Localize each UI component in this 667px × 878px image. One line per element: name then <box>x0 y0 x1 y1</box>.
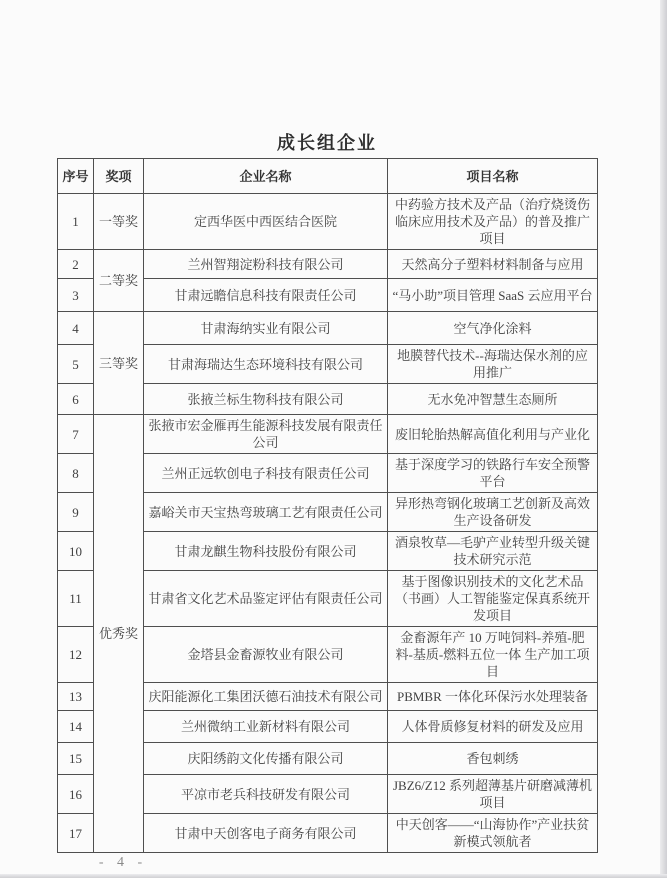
cell-project: 金畜源年产 10 万吨饲料-养殖-肥料-基质-燃料五位一体 生产加工项目 <box>388 627 598 683</box>
cell-serial: 17 <box>58 814 94 853</box>
cell-project: 基于图像识别技术的文化艺术品（书画）人工智能鉴定保真系统开发项目 <box>388 571 598 627</box>
cell-company: 兰州正远软创电子科技有限责任公司 <box>144 454 388 493</box>
cell-serial: 8 <box>58 454 94 493</box>
cell-company: 嘉峪关市天宝热弯玻璃工艺有限责任公司 <box>144 493 388 532</box>
header-cell-no: 序号 <box>58 159 94 194</box>
cell-serial: 13 <box>58 683 94 711</box>
cell-company: 张掖市宏金雁再生能源科技发展有限责任公司 <box>144 415 388 454</box>
cell-project: 天然高分子塑料材料制备与应用 <box>388 250 598 279</box>
cell-serial: 10 <box>58 532 94 571</box>
table-row: 7 优秀奖 张掖市宏金雁再生能源科技发展有限责任公司 废旧轮胎热解高值化利用与产… <box>58 415 598 454</box>
cell-company: 庆阳绣韵文化传播有限公司 <box>144 743 388 775</box>
cell-company: 甘肃省文化艺术品鉴定评估有限责任公司 <box>144 571 388 627</box>
cell-project: 地膜替代技术--海瑞达保水剂的应用推广 <box>388 345 598 384</box>
cell-serial: 16 <box>58 775 94 814</box>
cell-serial: 9 <box>58 493 94 532</box>
cell-project: “马小助”项目管理 SaaS 云应用平台 <box>388 279 598 312</box>
cell-award: 三等奖 <box>94 312 144 415</box>
cell-serial: 12 <box>58 627 94 683</box>
cell-company: 甘肃海纳实业有限公司 <box>144 312 388 345</box>
cell-project: 香包刺绣 <box>388 743 598 775</box>
cell-serial: 4 <box>58 312 94 345</box>
cell-award: 一等奖 <box>94 194 144 250</box>
cell-project: 人体骨质修复材料的研发及应用 <box>388 711 598 743</box>
cell-project: PBMBR 一体化环保污水处理装备 <box>388 683 598 711</box>
cell-serial: 3 <box>58 279 94 312</box>
cell-company: 甘肃海瑞达生态环境科技有限公司 <box>144 345 388 384</box>
cell-company: 兰州微纳工业新材料有限公司 <box>144 711 388 743</box>
header-cell-award: 奖项 <box>94 159 144 194</box>
scan-edge-bottom <box>0 874 667 878</box>
table-row: 2 二等奖 兰州智翔淀粉科技有限公司 天然高分子塑料材料制备与应用 <box>58 250 598 279</box>
cell-company: 定西华医中西医结合医院 <box>144 194 388 250</box>
cell-project: 基于深度学习的铁路行车安全预警平台 <box>388 454 598 493</box>
awards-table: 序号 奖项 企业名称 项目名称 1 一等奖 定西华医中西医结合医院 中药验方技术… <box>57 158 598 853</box>
table-row: 1 一等奖 定西华医中西医结合医院 中药验方技术及产品（治疗烧烫伤临床应用技术及… <box>58 194 598 250</box>
header-cell-project: 项目名称 <box>388 159 598 194</box>
cell-serial: 2 <box>58 250 94 279</box>
cell-company: 兰州智翔淀粉科技有限公司 <box>144 250 388 279</box>
page-number: - 4 - <box>83 855 163 871</box>
cell-company: 庆阳能源化工集团沃德石油技术有限公司 <box>144 683 388 711</box>
cell-serial: 14 <box>58 711 94 743</box>
cell-company: 甘肃中天创客电子商务有限公司 <box>144 814 388 853</box>
header-cell-company: 企业名称 <box>144 159 388 194</box>
cell-project: JBZ6/Z12 系列超薄基片研磨减薄机项目 <box>388 775 598 814</box>
cell-serial: 6 <box>58 384 94 415</box>
document-page: 成长组企业 序号 奖项 企业名称 项目名称 1 一等奖 定西华医中西医结合医院 … <box>0 0 667 878</box>
cell-project: 异形热弯钢化玻璃工艺创新及高效生产设备研发 <box>388 493 598 532</box>
cell-serial: 15 <box>58 743 94 775</box>
cell-project: 空气净化涂料 <box>388 312 598 345</box>
cell-serial: 1 <box>58 194 94 250</box>
page-title: 成长组企业 <box>57 129 597 155</box>
cell-company: 甘肃龙麒生物科技股份有限公司 <box>144 532 388 571</box>
cell-project: 废旧轮胎热解高值化利用与产业化 <box>388 415 598 454</box>
cell-project: 无水免冲智慧生态厕所 <box>388 384 598 415</box>
cell-company: 甘肃远瞻信息科技有限责任公司 <box>144 279 388 312</box>
cell-award: 二等奖 <box>94 250 144 312</box>
cell-award: 优秀奖 <box>94 415 144 853</box>
cell-company: 张掖兰标生物科技有限公司 <box>144 384 388 415</box>
cell-company: 平凉市老兵科技研发有限公司 <box>144 775 388 814</box>
cell-serial: 7 <box>58 415 94 454</box>
cell-serial: 5 <box>58 345 94 384</box>
cell-project: 酒泉牧草—毛驴产业转型升级关键技术研究示范 <box>388 532 598 571</box>
cell-company: 金塔县金畜源牧业有限公司 <box>144 627 388 683</box>
table-row: 4 三等奖 甘肃海纳实业有限公司 空气净化涂料 <box>58 312 598 345</box>
cell-serial: 11 <box>58 571 94 627</box>
cell-project: 中药验方技术及产品（治疗烧烫伤临床应用技术及产品）的普及推广项目 <box>388 194 598 250</box>
cell-project: 中天创客——“山海协作”产业扶贫新模式领航者 <box>388 814 598 853</box>
scan-edge-right <box>660 0 667 878</box>
table-header-row: 序号 奖项 企业名称 项目名称 <box>58 159 598 194</box>
